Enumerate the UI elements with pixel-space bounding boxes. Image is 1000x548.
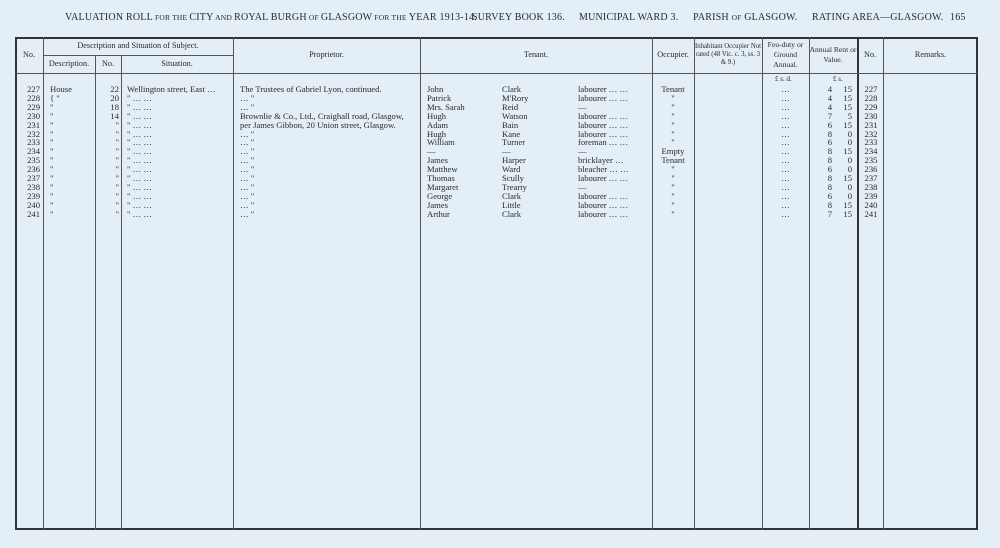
title-part: OF [307,13,321,22]
cell-tenant-last: Clark [502,210,572,219]
cell-description: " [50,130,90,139]
cell-proprietor: … " [240,138,418,147]
feu-units: £ s. d. [775,75,792,83]
rating-area: RATING AREA—GLASGOW. [812,12,943,23]
header-feu-duty: Feu-duty or Ground Annual. [762,37,809,73]
annual-units: £ s. [833,75,843,83]
parish: PARISH OF GLASGOW. [693,12,797,23]
cell-proprietor: … " [240,174,418,183]
header-bottom-rule [15,73,978,74]
cell-occupation: labourer … … [578,210,650,219]
header-occupier: Occupier. [652,37,694,73]
cell-tenant-first: Arthur [427,210,497,219]
header-description: Description. [43,55,95,73]
cell-shillings: 15 [836,210,852,219]
cell-occupation: labourer … … [578,174,650,183]
cell-proprietor: … " [240,94,418,103]
cell-description: " [50,147,90,156]
survey-book: SURVEY BOOK 136. [472,12,565,23]
cell-no: 241 [18,210,40,219]
cell-proprietor: … " [240,130,418,139]
header-no-2: No. [857,37,883,73]
title-part: VALUATION ROLL [65,12,153,23]
title-part: FOR THE [372,13,408,22]
header-annual-rent: Annual Rent or Value. [809,37,857,73]
cell-description: " [50,112,90,121]
cell-description: " [50,201,90,210]
parish-label: PARISH [693,12,729,23]
header-no: No. [15,37,43,73]
cell-proprietor: … " [240,192,418,201]
page-number: 165 [950,12,966,23]
cell-description: { " [50,94,90,103]
cell-occupation: labourer … … [578,94,650,103]
cell-proprietor: … " [240,147,418,156]
cell-description: " [50,121,90,130]
title-part: AND [214,13,235,22]
parish-name: GLASGOW. [744,12,797,23]
cell-occupation: foreman … … [578,138,650,147]
title-part: CITY [189,12,213,23]
cell-description: " [50,210,90,219]
title-part: ROYAL BURGH [234,12,307,23]
cell-tenant-last: Turner [502,138,572,147]
cell-proprietor: … " [240,210,418,219]
cell-description: " [50,103,90,112]
header-situation: Situation. [121,55,233,73]
cell-tenant-first: William [427,138,497,147]
cell-pounds: 7 [818,210,832,219]
cell-no-2: 241 [860,210,882,219]
cell-number: " [95,210,119,219]
cell-description: " [50,156,90,165]
header-proprietor: Proprietor. [233,37,420,73]
header-inhabitant-occupier: Inhabitant Occupier Not rated (48 Vic. c… [694,37,762,73]
cell-description: " [50,165,90,174]
header-tenant: Tenant. [420,37,652,73]
parish-of: OF [732,13,742,22]
title-part: YEAR 1913-14. [409,12,477,23]
cell-proprietor: … " [240,165,418,174]
header-remarks: Remarks. [883,37,978,73]
header-description-group: Description and Situation of Subject. [43,37,233,55]
cell-proprietor: The Trustees of Gabriel Lyon, continued. [240,85,418,94]
header-sub-no: No. [95,55,121,73]
cell-description: " [50,174,90,183]
cell-proprietor: … " [240,183,418,192]
title-part: FOR THE [153,13,189,22]
cell-situation: " … … [127,210,231,219]
cell-proprietor: … " [240,201,418,210]
title-part: GLASGOW [321,12,372,23]
cell-proprietor: … " [240,156,418,165]
table-row: 241""" … …… "ArthurClarklabourer … …"…71… [0,210,1000,219]
cell-description: " [50,192,90,201]
cell-description: " [50,183,90,192]
cell-feu-duty: … [762,210,809,219]
roll-title: VALUATION ROLL FOR THE CITY AND ROYAL BU… [65,12,477,23]
cell-proprietor: per James Gibbon, 20 Union street, Glasg… [240,121,418,130]
cell-occupier: " [654,210,692,219]
municipal-ward: MUNICIPAL WARD 3. [579,12,678,23]
cell-description: " [50,138,90,147]
